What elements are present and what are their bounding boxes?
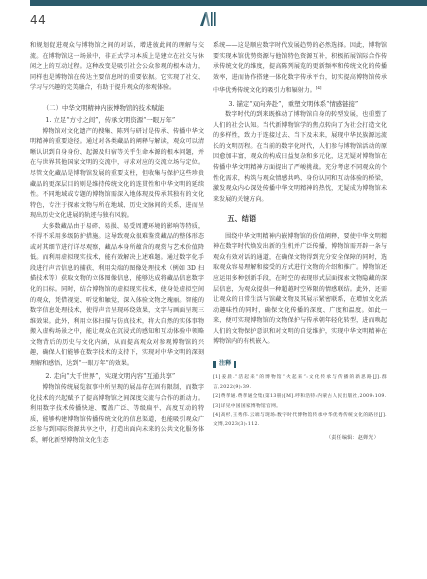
notes-heading: 注释	[213, 359, 387, 370]
paragraph: 数字时代的到来既推动了博物馆自身的转型发展，也重塑了人们的社会认知。当代新博物馆…	[213, 110, 387, 205]
journal-logo-m-icon	[200, 12, 216, 26]
paragraph: 系统——这是顺应数字时代发展趋势的必然选择。因此，博物馆要实现本馆优势资源与他馆…	[213, 41, 387, 97]
paragraph: 和规划促进观众与博物馆之间的对话，增进彼此间的理解与交流。在博物馆这一场景中，非…	[30, 41, 204, 94]
footnote: [2]费孝通.费孝通全集(第13册)[M].呼和浩特:内蒙古人民出版社,2009…	[213, 392, 387, 401]
paragraph: 博物馆对文化遗产的搜集、陈列与研讨是传承、传播中华文明精神的重要途径。通过对各类…	[30, 127, 204, 222]
footnote: [4]高杉,王秀伟.云端与现场:数字时代博物馆传承中华优秀传统文化的路径[J].…	[213, 411, 387, 430]
subsection-heading: （二）中华文明精神内嵌博物馆的技术赋能	[30, 103, 204, 114]
paragraph: 博物馆传统展览叙事中所呈现的展品存在固有限制，而数字化技术的兴起赋予了提高博物馆…	[30, 383, 204, 446]
subsubsection-heading: 2. 走向“大千世界”，实现文明内容“互通共享”	[30, 371, 204, 382]
section-title: 五、结语	[213, 214, 387, 225]
subsubsection-heading: 1. 立足“方寸之间”，传承文明资源“一眼万年”	[30, 115, 204, 126]
paragraph: 围绕中华文明精神内嵌博物馆的价值阐释，要使中华文明精神在数字时代焕发出新的生机并…	[213, 232, 387, 348]
responsible-editor: （责任编辑：赵婵光）	[213, 433, 387, 444]
footnote: [1]姜晨.“活起来”的博物馆“火起来”:文化传承与传播的新思路[J].群言,2…	[213, 373, 387, 392]
left-column: 和规划促进观众与博物馆之间的对话，增进彼此间的理解与交流。在博物馆这一场景中，非…	[30, 41, 204, 446]
page-number: 44	[30, 13, 46, 27]
header-bar	[30, 0, 427, 6]
right-column: 系统——这是顺应数字时代发展趋势的必然选择。因此，博物馆要实现本馆优势资源与他馆…	[213, 41, 387, 443]
citation-ref[interactable]: [4]	[316, 85, 322, 90]
footnote: [3]详见中国国家博物馆官网。	[213, 402, 387, 411]
heading-bar-icon	[213, 361, 216, 368]
subsubsection-heading: 3. 锚定“双向奔赴”，重塑文明体系“情感链接”	[213, 99, 387, 110]
paragraph: 大多数藏品由于易碎、易损、易受周遭环境的影响等特质，不得不采用多级防护措施。这导…	[30, 222, 204, 370]
heading-bar-end-icon	[234, 361, 235, 368]
